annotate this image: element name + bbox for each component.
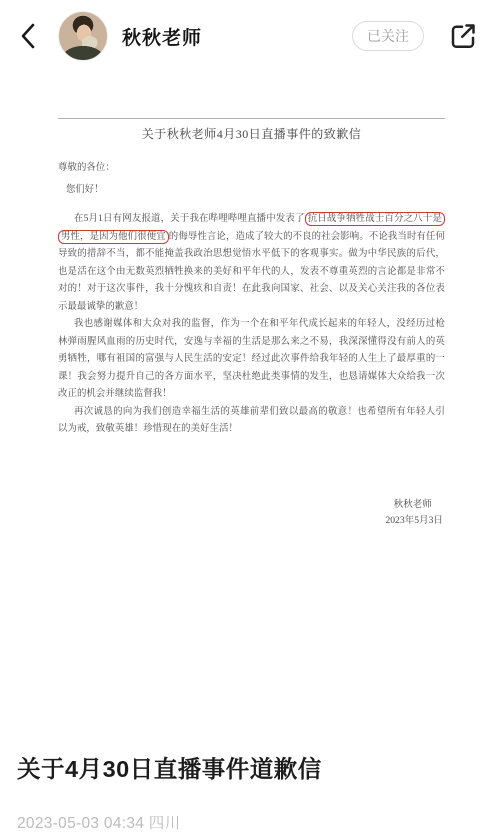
letter-paragraph-1: 在5月1日有网友报道，关于我在哔哩哔哩直播中发表了抗日战争牺牲战士百分之八十是 … — [58, 211, 445, 316]
back-button[interactable] — [20, 21, 40, 51]
letter-line: 也是活在这个由无数英烈牺牲换来的美好和平年代的人，发表不尊重英烈的言论都是非常不 — [58, 264, 445, 282]
letter-line: 对的！对于这次事件，我十分愧疚和自责！在此我向国家、社会、以及关心关注我的各位表 — [58, 281, 445, 299]
letter-image[interactable]: 关于秋秋老师4月30日直播事件的致歉信 尊敬的各位： 您们好！ 在5月1日有网友… — [58, 118, 445, 529]
letter-line: 以为戒，致敬英雄！珍惜现在的美好生活！ — [58, 421, 445, 439]
letter-greeting: 您们好！ — [58, 182, 445, 200]
letter-title: 关于秋秋老师4月30日直播事件的致歉信 — [58, 125, 445, 143]
letter-text: 在5月1日有网友报道，关于我在哔哩哔哩直播中发表了 — [74, 214, 305, 224]
share-external-icon — [448, 21, 478, 51]
letter-line: 我也感谢媒体和大众对我的监督，作为一个在和平年代成长起来的年轻人，没经历过枪 — [58, 316, 445, 334]
share-button[interactable] — [448, 21, 478, 51]
letter-line: 课！我会努力提升自己的各方面水平，坚决杜绝此类事情的发生，也恳请媒体大众给我一次 — [58, 369, 445, 387]
header: 秋秋老师 已关注 — [0, 0, 500, 72]
avatar[interactable] — [58, 11, 108, 61]
letter-text: 的侮辱性言论，造成了较大的不良的社会影响。不论我当时有任何 — [169, 232, 445, 242]
letter-salutation: 尊敬的各位： — [58, 160, 445, 178]
post-info: 关于4月30日直播事件道歉信 2023-05-03 04:34 四川 — [0, 754, 500, 833]
letter-line: 导致的措辞不当，都不能掩盖我政治思想觉悟水平低下的客观事实。做为中华民族的后代， — [58, 246, 445, 264]
letter-line: 再次诚恳的向为我们创造幸福生活的英雄前辈们致以最高的敬意！也希望所有年轻人引 — [58, 404, 445, 422]
letter-line: 改正的机会并继续监督我！ — [58, 386, 445, 404]
letter-line: 林弹雨腥风血雨的历史时代，安逸与幸福的生活是那么来之不易，我深深懂得没有前人的英 — [58, 334, 445, 352]
letter-line: 在5月1日有网友报道，关于我在哔哩哔哩直播中发表了抗日战争牺牲战士百分之八十是 — [58, 211, 445, 229]
signature-date: 2023年5月3日 — [58, 513, 445, 529]
letter-line: 示最最诚挚的歉意！ — [58, 299, 445, 317]
signature-name: 秋秋老师 — [58, 497, 445, 513]
letter-signature: 秋秋老师 2023年5月3日 — [58, 497, 445, 529]
letter-line: 勇牺牲，哪有祖国的富强与人民生活的安定！经过此次事件给我年轻的人生上了最厚重的一 — [58, 351, 445, 369]
username[interactable]: 秋秋老师 — [122, 23, 202, 50]
follow-button[interactable]: 已关注 — [352, 21, 424, 51]
letter-line: 男性，是因为他们很便宜的侮辱性言论，造成了较大的不良的社会影响。不论我当时有任何 — [58, 229, 445, 247]
highlighted-text: 男性，是因为他们很便宜 — [58, 230, 169, 244]
letter-paragraph-3: 再次诚恳的向为我们创造幸福生活的英雄前辈们致以最高的敬意！也希望所有年轻人引 以… — [58, 404, 445, 439]
highlighted-text: 抗日战争牺牲战士百分之八十是 — [305, 212, 445, 226]
post-title: 关于4月30日直播事件道歉信 — [17, 754, 483, 784]
letter-paragraph-2: 我也感谢媒体和大众对我的监督，作为一个在和平年代成长起来的年轻人，没经历过枪 林… — [58, 316, 445, 404]
chevron-left-icon — [20, 22, 36, 50]
post-meta: 2023-05-03 04:34 四川 — [17, 811, 483, 833]
